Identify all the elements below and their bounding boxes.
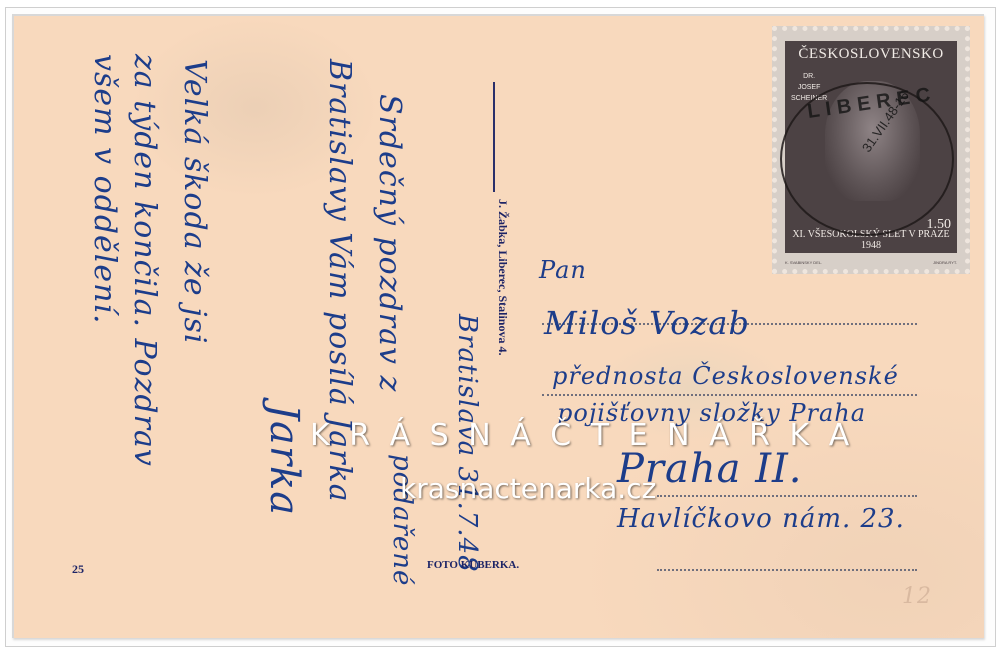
publisher-imprint: J. Žabka, Liberec, Stalinova 4. [495,199,510,355]
postcard: všem v oddělení. za týden končila. Pozdr… [12,14,984,638]
address-line1: přednosta Československé [552,362,899,390]
stamp-credits: K. SVABINSKY DEL. JINDRA RYT. [785,260,957,265]
message-line-5: všem v oddělení. [87,54,122,325]
photo-credit: FOTO KUBERKA. [427,559,519,571]
address-line-3 [657,495,917,497]
address-line-2 [542,394,917,396]
address-street: Havlíčkovo nám. 23. [617,504,905,534]
card-number: 25 [72,562,84,577]
message-line-1: Srdečný pozdrav z [372,94,407,392]
stamp-country: ČESKOSLOVENSKO [785,46,957,63]
address-salutation: Pan [539,256,587,284]
address-name: Miloš Vozab [544,304,750,342]
watermark-title: K R Á S N Á Č T E N Á Ř K A [310,418,854,453]
message-line-4: za týden končila. Pozdrav [127,54,162,467]
watermark-url: krasnactenarka.cz [400,472,656,505]
signature: Jarka [261,404,307,516]
message-line-3: Velká škoda že jsi [177,59,212,345]
pencil-mark: 12 [902,584,932,609]
center-divider [493,82,495,192]
address-line-4 [657,569,917,571]
